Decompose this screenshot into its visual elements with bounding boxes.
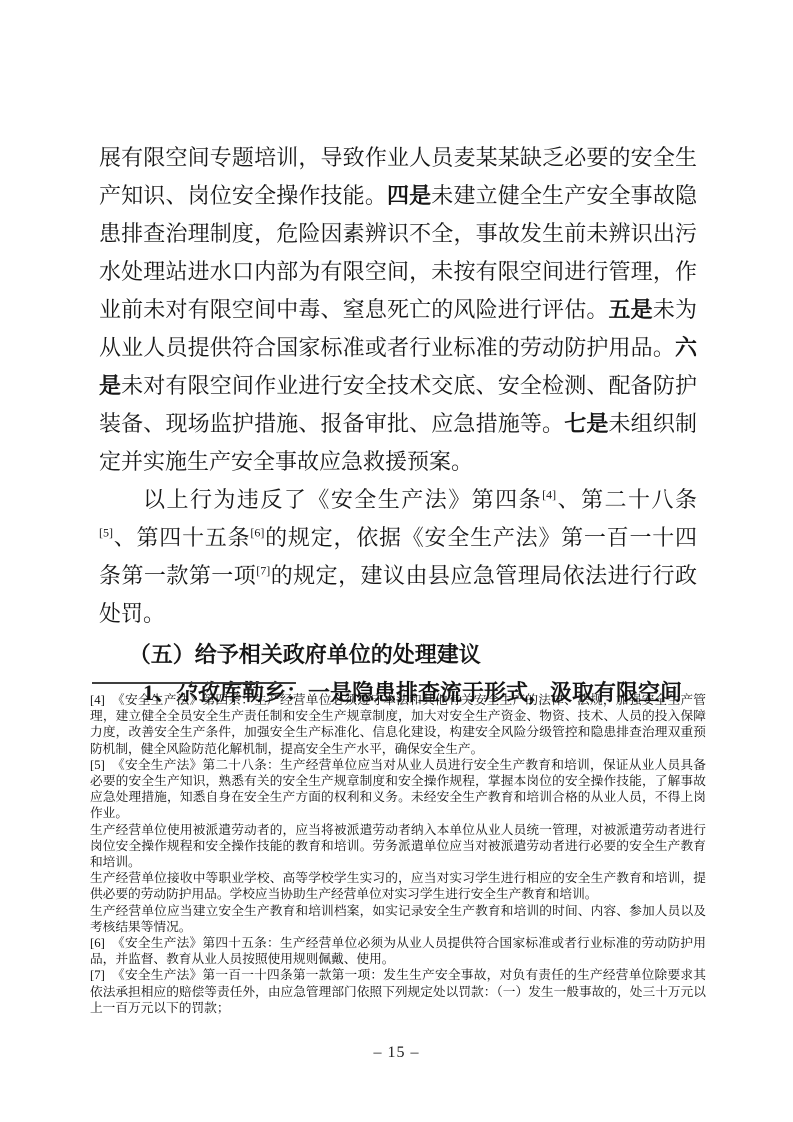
footnote-text: 《安全生产法》第二十八条：生产经营单位应当对从业人员进行安全生产教育和培训，保证… — [90, 758, 706, 821]
footnote-text: 《安全生产法》第一百一十四条第一款第一项：发生生产安全事故，对负有责任的生产经营… — [90, 968, 706, 1014]
footnote-label: [4] — [90, 693, 105, 707]
footnote-label: [7] — [90, 968, 105, 982]
footnote-separator — [92, 682, 296, 684]
footnote-text: 生产经营单位使用被派遣劳动者的，应当将被派遣劳动者纳入本单位从业人员统一管理，对… — [90, 823, 706, 869]
footnote-paragraph: 生产经营单位接收中等职业学校、高等学校学生实习的，应当对实习学生进行相应的安全生… — [90, 870, 706, 902]
footnote-7: [7]《安全生产法》第一百一十四条第一款第一项：发生生产安全事故，对负有责任的生… — [90, 967, 706, 1016]
body-paragraph-1: 展有限空间专题培训，导致作业人员麦某某缺乏必要的安全生产知识、岗位安全操作技能。… — [99, 139, 697, 481]
footnotes-section: [4]《安全生产法》第四条：生产经营单位必须遵守本法和其他有关安全生产的法律、法… — [90, 682, 706, 1016]
footnote-text: 生产经营单位接收中等职业学校、高等学校学生实习的，应当对实习学生进行相应的安全生… — [90, 871, 706, 901]
footnote-paragraph: [6]《安全生产法》第四十五条：生产经营单位必须为从业人员提供符合国家标准或者行… — [90, 935, 706, 967]
footnote-4: [4]《安全生产法》第四条：生产经营单位必须遵守本法和其他有关安全生产的法律、法… — [90, 692, 706, 757]
footnote-label: [5] — [90, 758, 105, 772]
footnote-text: 生产经营单位应当建立安全生产教育和培训档案，如实记录安全生产教育和培训的时间、内… — [90, 904, 706, 934]
footnote-text: 《安全生产法》第四十五条：生产经营单位必须为从业人员提供符合国家标准或者行业标准… — [90, 936, 706, 966]
footnote-6: [6]《安全生产法》第四十五条：生产经营单位必须为从业人员提供符合国家标准或者行… — [90, 935, 706, 967]
page-number: – 15 – — [0, 1044, 793, 1062]
footnote-paragraph: [4]《安全生产法》第四条：生产经营单位必须遵守本法和其他有关安全生产的法律、法… — [90, 692, 706, 757]
footnote-paragraph: [5]《安全生产法》第二十八条：生产经营单位应当对从业人员进行安全生产教育和培训… — [90, 757, 706, 822]
body-paragraph-2: 以上行为违反了《安全生产法》第四条[4]、第二十八条[5]、第四十五条[6]的规… — [99, 481, 697, 633]
footnote-paragraph: [7]《安全生产法》第一百一十四条第一款第一项：发生生产安全事故，对负有责任的生… — [90, 967, 706, 1016]
footnote-paragraph: 生产经营单位使用被派遣劳动者的，应当将被派遣劳动者纳入本单位从业人员统一管理，对… — [90, 822, 706, 871]
section-heading: （五）给予相关政府单位的处理建议 — [99, 636, 697, 674]
document-page: 展有限空间专题培训，导致作业人员麦某某缺乏必要的安全生产知识、岗位安全操作技能。… — [0, 0, 793, 1122]
footnote-5: [5]《安全生产法》第二十八条：生产经营单位应当对从业人员进行安全生产教育和培训… — [90, 757, 706, 935]
main-text: 展有限空间专题培训，导致作业人员麦某某缺乏必要的安全生产知识、岗位安全操作技能。… — [99, 139, 697, 712]
footnote-paragraph: 生产经营单位应当建立安全生产教育和培训档案，如实记录安全生产教育和培训的时间、内… — [90, 903, 706, 935]
footnote-label: [6] — [90, 936, 105, 950]
footnote-text: 《安全生产法》第四条：生产经营单位必须遵守本法和其他有关安全生产的法律、法规，加… — [90, 693, 706, 756]
